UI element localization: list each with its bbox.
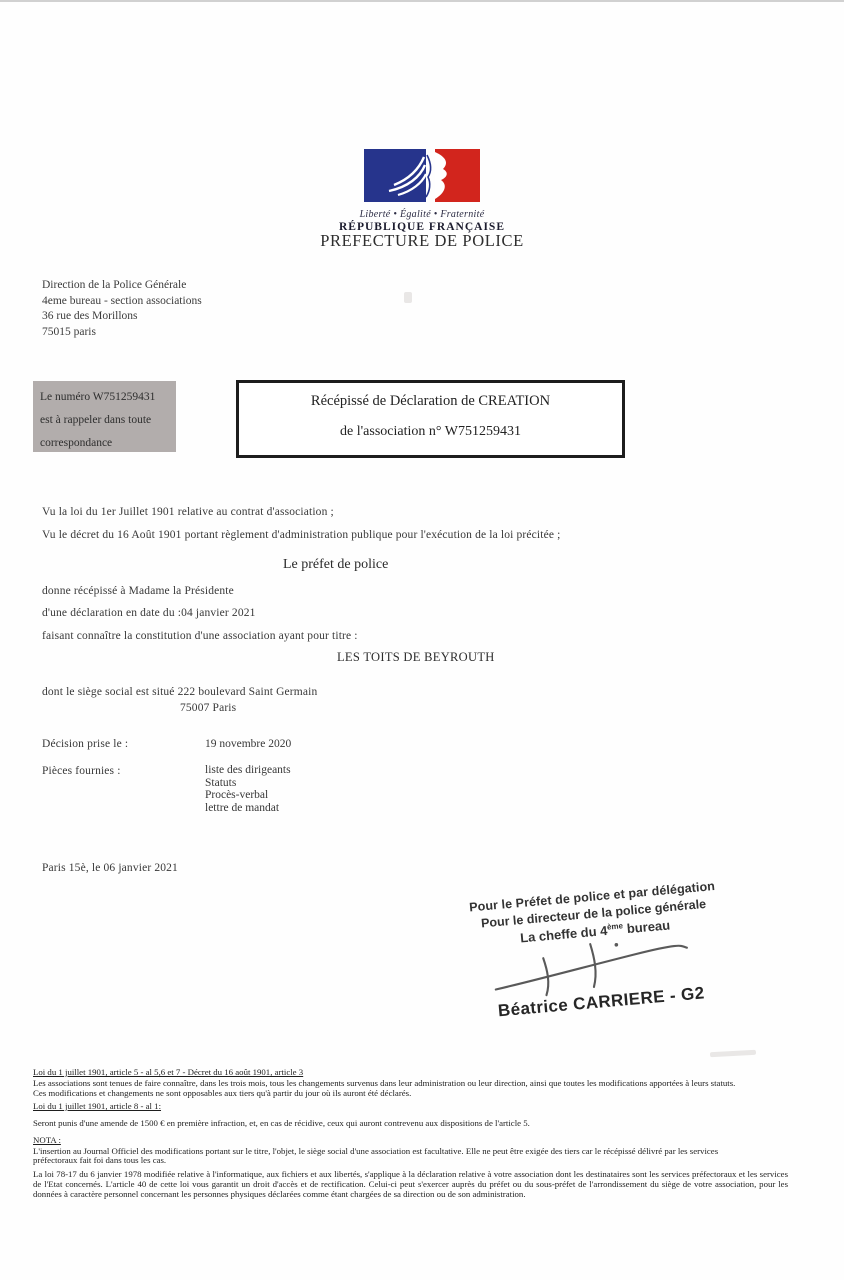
republic-logo: Liberté • Égalité • Fraternité RÉPUBLIQU…: [0, 149, 844, 233]
decision-value: 19 novembre 2020: [205, 738, 291, 750]
prefecture-title: PREFECTURE DE POLICE: [0, 231, 844, 251]
reference-note-line: Le numéro W751259431: [40, 386, 176, 409]
reference-note-box: Le numéro W751259431 est à rappeler dans…: [33, 381, 176, 452]
footnote-ref-1: Loi du 1 juillet 1901, article 5 - al 5,…: [33, 1067, 303, 1077]
constitution-line: faisant connaître la constitution d'une …: [42, 630, 358, 642]
legal-recital-1: Vu la loi du 1er Juillet 1901 relative a…: [42, 506, 334, 518]
piece-item: liste des dirigeants: [205, 764, 291, 777]
footnote-ref-2: Loi du 1 juillet 1901, article 8 - al 1:: [33, 1101, 161, 1111]
pieces-label: Pièces fournies :: [42, 765, 121, 777]
receipt-title-line-1: Récépissé de Déclaration de CREATION: [239, 393, 622, 410]
head-office-line-2: 75007 Paris: [180, 702, 236, 714]
decision-label: Décision prise le :: [42, 738, 128, 750]
footnotes-section: Loi du 1 juillet 1901, article 5 - al 5,…: [0, 1060, 844, 1220]
nota-label: NOTA :: [33, 1135, 61, 1145]
footnote-para-3b: préfectoraux fait foi dans tous les cas.: [33, 1155, 166, 1165]
document-page: Liberté • Égalité • Fraternité RÉPUBLIQU…: [0, 0, 844, 1280]
footnote-para-2: Seront punis d'une amende de 1500 € en p…: [33, 1118, 530, 1128]
piece-item: lettre de mandat: [205, 802, 291, 815]
scan-artifact: [710, 1050, 756, 1057]
french-flag-marianne-icon: [364, 149, 480, 202]
logo-motto: Liberté • Égalité • Fraternité: [0, 209, 844, 220]
recipient-line: donne récépissé à Madame la Présidente: [42, 585, 234, 597]
signature-stamp: Pour le Préfet de police et par délégati…: [452, 878, 742, 1025]
sender-address-line: 75015 paris: [42, 325, 202, 341]
receipt-title-line-2: de l'association n° W751259431: [239, 424, 622, 440]
association-name: LES TOITS DE BEYROUTH: [337, 650, 495, 665]
footnote-para-4: La loi 78-17 du 6 janvier 1978 modifiée …: [33, 1169, 788, 1199]
sender-address: Direction de la Police Générale 4eme bur…: [42, 278, 202, 340]
head-office-line-1: dont le siège social est situé 222 boule…: [42, 686, 317, 698]
footnote-para-1b: Ces modifications et changements ne sont…: [33, 1088, 411, 1098]
piece-item: Procès-verbal: [205, 789, 291, 802]
prefet-heading: Le préfet de police: [283, 557, 388, 573]
sender-address-line: 36 rue des Morillons: [42, 309, 202, 325]
scan-edge-line: [0, 0, 844, 2]
sender-address-line: 4eme bureau - section associations: [42, 294, 202, 310]
piece-item: Statuts: [205, 777, 291, 790]
reference-note-line: correspondance: [40, 432, 176, 455]
place-date-line: Paris 15è, le 06 janvier 2021: [42, 862, 178, 874]
sender-address-line: Direction de la Police Générale: [42, 278, 202, 294]
footnote-para-1a: Les associations sont tenues de faire co…: [33, 1078, 844, 1088]
receipt-title-box: Récépissé de Déclaration de CREATION de …: [236, 380, 625, 458]
pieces-list: liste des dirigeants Statuts Procès-verb…: [205, 764, 291, 814]
reference-note-line: est à rappeler dans toute: [40, 409, 176, 432]
legal-recital-2: Vu le décret du 16 Août 1901 portant règ…: [42, 529, 560, 541]
scan-artifact: [404, 292, 412, 303]
declaration-date-line: d'une déclaration en date du :04 janvier…: [42, 607, 256, 619]
